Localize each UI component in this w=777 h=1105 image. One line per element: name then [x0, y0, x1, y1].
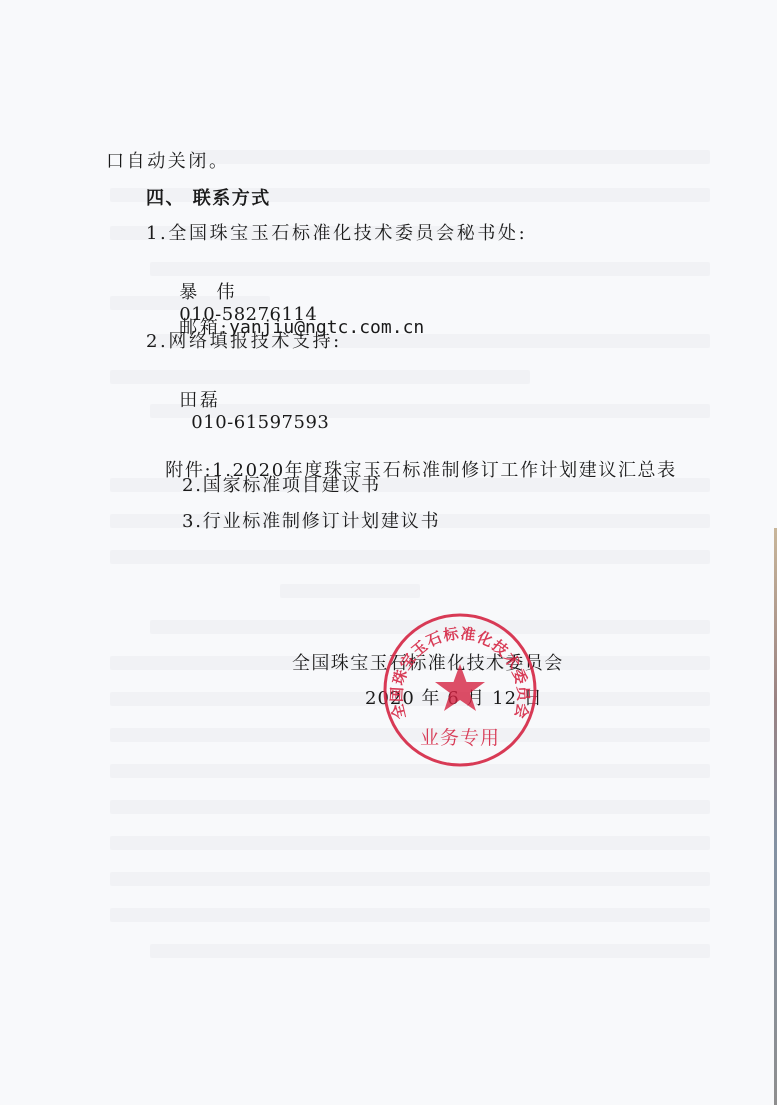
contact-2-person: 田磊: [179, 390, 220, 411]
continuation-line: 口自动关闭。: [106, 151, 230, 173]
section-heading: 四、 联系方式: [146, 188, 271, 210]
document-page: 口自动关闭。 四、 联系方式 1.全国珠宝玉石标准化技术委员会秘书处: 暴 伟 …: [0, 0, 777, 1105]
contact-1-label: 1.全国珠宝玉石标准化技术委员会秘书处:: [146, 223, 527, 245]
contact-2-label: 2.网络填报技术支持:: [146, 331, 342, 353]
signature-date: 2020 年 6 月 12 日: [365, 688, 543, 710]
contact-2-phone: 010-61597593: [191, 412, 329, 433]
signature-organization: 全国珠宝玉石标准化技术委员会: [292, 653, 564, 675]
attachment-item-3: 3.行业标准制修订计划建议书: [182, 511, 440, 533]
attachment-item-2: 2.国家标准项目建议书: [182, 475, 381, 497]
